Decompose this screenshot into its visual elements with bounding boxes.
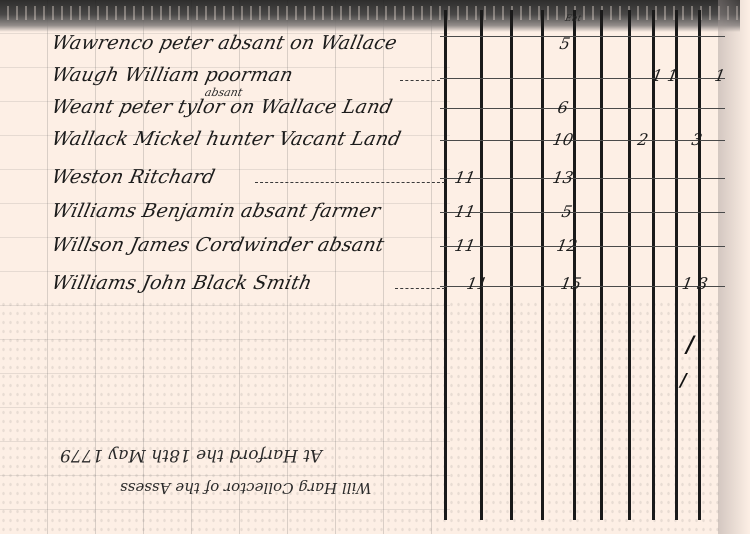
entry-name: Willson James Cordwinder absant xyxy=(50,234,387,256)
cell-c2: 6 xyxy=(546,98,579,117)
cell-c2: 13 xyxy=(546,168,579,187)
stray-mark: / xyxy=(680,370,687,391)
entry-name: Williams John Black Smith xyxy=(50,272,314,294)
cell-c3: 2 xyxy=(626,130,659,149)
entry-name: Williams Benjamin absant farmer xyxy=(50,200,383,222)
cell-c1: 11 xyxy=(448,236,481,255)
ledger-row: Wallack Mickel hunter Vacant Land 10 2 3 xyxy=(0,126,750,160)
ledger-row: Willson James Cordwinder absant 11 12 xyxy=(0,232,750,266)
ledger-row: Williams John Black Smith 11 15 1 3 xyxy=(0,270,750,304)
footer-line-signature: Will Harg Collector of the Assess xyxy=(120,479,371,497)
dash-leader xyxy=(255,182,445,184)
cell-c2: 12 xyxy=(550,236,583,255)
entry-name: Wawrenco peter absant on Wallace xyxy=(50,32,399,54)
cell-c5: 1 1 xyxy=(648,66,681,85)
dash-leader xyxy=(400,80,440,82)
entry-name: Weant peter tylor on Wallace Land xyxy=(50,96,395,118)
ledger-page: Ent Wawrenco peter absant on Wallace 5 W… xyxy=(0,0,750,534)
header-fragment: Ent xyxy=(564,14,582,24)
cell-c5: 3 xyxy=(680,130,713,149)
cell-c2: 10 xyxy=(546,130,579,149)
ledger-row: Waugh William poorman 1 1 1 xyxy=(0,62,750,96)
entry-name: Weston Ritchard xyxy=(50,166,217,188)
ledger-row: Williams Benjamin absant farmer 11 5 xyxy=(0,198,750,232)
ledger-row: Wawrenco peter absant on Wallace 5 xyxy=(0,30,750,64)
cell-c5: 1 3 xyxy=(678,274,711,293)
stray-mark: / xyxy=(686,332,694,358)
cell-c2: 5 xyxy=(548,34,581,53)
ledger-row: absant Weant peter tylor on Wallace Land… xyxy=(0,94,750,128)
cell-c6: 1 xyxy=(703,66,736,85)
footer-line-date: At Harford the 18th May 1779 xyxy=(60,445,322,465)
cell-c2: 15 xyxy=(554,274,587,293)
cell-c1: 11 xyxy=(460,274,493,293)
entry-name: Waugh William poorman xyxy=(50,64,295,86)
dash-leader xyxy=(395,288,445,290)
ledger-row: Weston Ritchard 11 13 xyxy=(0,164,750,198)
entry-name: Wallack Mickel hunter Vacant Land xyxy=(50,128,403,150)
cell-c2: 5 xyxy=(550,202,583,221)
upside-down-footer-note: At Harford the 18th May 1779 Will Harg C… xyxy=(60,425,440,505)
cell-c1: 11 xyxy=(448,202,481,221)
cell-c1: 11 xyxy=(448,168,481,187)
